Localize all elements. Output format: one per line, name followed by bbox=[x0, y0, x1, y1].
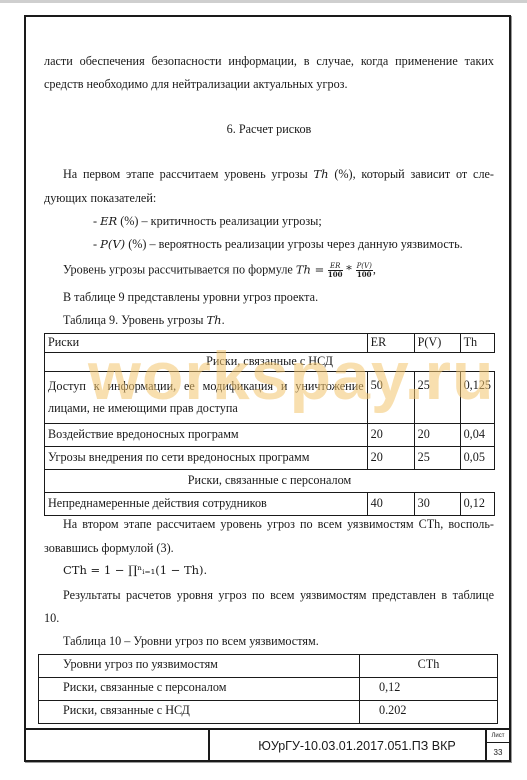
viewer-top-edge bbox=[0, 0, 527, 3]
intro-line-1: ласти обеспечения безопасности информаци… bbox=[44, 54, 494, 69]
risk-group: Риски, связанные с НСД bbox=[39, 701, 360, 724]
paragraph-3-line-2: зовавшись формулой (3). bbox=[44, 541, 174, 556]
group-row: Риски, связанные с персоналом bbox=[45, 470, 495, 493]
er-value: 40 bbox=[367, 493, 414, 516]
pv-value: 25 bbox=[414, 447, 460, 470]
table-9-threat-levels: Риски ER P(V) Th Риски, связанные с НСД … bbox=[44, 333, 495, 516]
math-th: Th bbox=[207, 313, 222, 327]
text-run: (%) – вероятность реализации угрозы чере… bbox=[125, 237, 463, 251]
table-row: Воздействие вредоносных программ 20 20 0… bbox=[45, 424, 495, 447]
formula-tail: , bbox=[373, 262, 376, 276]
sheet-cell: Лист 33 bbox=[485, 730, 509, 762]
section-title: 6. Расчет рисков bbox=[44, 122, 494, 137]
text-run: На первом этапе рассчитаем уровень угроз… bbox=[63, 167, 313, 181]
sheet-number: 33 bbox=[487, 743, 509, 762]
stamp-empty-cell bbox=[24, 730, 210, 762]
text-run: Уровень угрозы рассчитывается по формуле bbox=[63, 262, 296, 276]
header-risks: Риски bbox=[45, 334, 368, 353]
risk-name: Воздействие вредоносных программ bbox=[45, 424, 368, 447]
bullet-er: - ER (%) – критичность реализации угрозы… bbox=[93, 214, 322, 229]
header-th: Th bbox=[460, 334, 494, 353]
fraction-er: ER100 bbox=[328, 262, 343, 279]
group-title: Риски, связанные с персоналом bbox=[45, 470, 495, 493]
formula-lhs: Th = bbox=[296, 262, 328, 276]
header-levels: Уровни угроз по уязвимостям bbox=[39, 655, 360, 678]
paragraph-2: В таблице 9 представлены уровни угроз пр… bbox=[63, 290, 318, 305]
math-pv: P(V) bbox=[100, 237, 125, 251]
paragraph-4-line-1: Результаты расчетов уровня угроз по всем… bbox=[63, 588, 494, 603]
cth-value: 0,12 bbox=[360, 678, 498, 701]
formula-cth: CTh = 1 − ∏ⁿᵢ₌₁(1 − Th). bbox=[63, 563, 207, 578]
pv-value: 30 bbox=[414, 493, 460, 516]
risk-name: Угрозы внедрения по сети вредоносных про… bbox=[45, 447, 368, 470]
th-value: 0,12 bbox=[460, 493, 494, 516]
group-row: Риски, связанные с НСД bbox=[45, 353, 495, 372]
header-er: ER bbox=[367, 334, 414, 353]
text-run: (%) – критичность реализации угрозы; bbox=[117, 214, 322, 228]
pv-value: 25 bbox=[414, 372, 460, 424]
er-value: 20 bbox=[367, 424, 414, 447]
bullet-pv: - P(V) (%) – вероятность реализации угро… bbox=[93, 237, 463, 252]
fraction-pv: P(V)100 bbox=[356, 262, 373, 279]
table-row: Риски, связанные с НСД 0.202 bbox=[39, 701, 498, 724]
text-run: . bbox=[222, 313, 225, 327]
paragraph-1-line-1: На первом этапе рассчитаем уровень угроз… bbox=[63, 167, 494, 182]
er-value: 20 bbox=[367, 447, 414, 470]
table-row: Риски, связанные с персоналом 0,12 bbox=[39, 678, 498, 701]
formula-operator: * bbox=[343, 262, 356, 276]
table-row: Непреднамеренные действия сотрудников 40… bbox=[45, 493, 495, 516]
er-value: 50 bbox=[367, 372, 414, 424]
th-value: 0,05 bbox=[460, 447, 494, 470]
cth-value: 0.202 bbox=[360, 701, 498, 724]
risk-name: Доступ к информации, ее модификация и ун… bbox=[45, 372, 368, 424]
table9-caption: Таблица 9. Уровень угрозы Th. bbox=[63, 313, 225, 328]
math-er: ER bbox=[100, 214, 117, 228]
text-run: (%), который зависит от сле- bbox=[329, 167, 494, 181]
table-row: Доступ к информации, ее модификация и ун… bbox=[45, 372, 495, 424]
document-code: ЮУрГУ-10.03.01.2017.051.ПЗ ВКР bbox=[208, 730, 506, 762]
table-header-row: Уровни угроз по уязвимостям CTh bbox=[39, 655, 498, 678]
paragraph-1-line-2: дующих показателей: bbox=[44, 191, 156, 206]
pv-value: 20 bbox=[414, 424, 460, 447]
title-block-stamp: ЮУрГУ-10.03.01.2017.051.ПЗ ВКР Лист 33 bbox=[24, 728, 511, 762]
table10-caption: Таблица 10 – Уровни угроз по всем уязвим… bbox=[63, 634, 319, 649]
fraction-denominator: 100 bbox=[356, 271, 373, 279]
sheet-label: Лист bbox=[487, 730, 509, 743]
intro-line-2: средств необходимо для нейтрализации акт… bbox=[44, 77, 348, 92]
header-pv: P(V) bbox=[414, 334, 460, 353]
th-value: 0,125 bbox=[460, 372, 494, 424]
table-row: Угрозы внедрения по сети вредоносных про… bbox=[45, 447, 495, 470]
paragraph-4-line-2: 10. bbox=[44, 611, 59, 626]
paragraph-3-line-1: На втором этапе рассчитаем уровень угроз… bbox=[63, 517, 494, 532]
header-cth: CTh bbox=[360, 655, 498, 678]
fraction-denominator: 100 bbox=[328, 271, 343, 279]
group-title: Риски, связанные с НСД bbox=[45, 353, 495, 372]
risk-name: Непреднамеренные действия сотрудников bbox=[45, 493, 368, 516]
table-header-row: Риски ER P(V) Th bbox=[45, 334, 495, 353]
text-run: Таблица 9. Уровень угрозы bbox=[63, 313, 207, 327]
math-th: Th bbox=[313, 167, 328, 181]
risk-group: Риски, связанные с персоналом bbox=[39, 678, 360, 701]
th-value: 0,04 bbox=[460, 424, 494, 447]
formula-line: Уровень угрозы рассчитывается по формуле… bbox=[63, 262, 376, 279]
table-10-cumulative-threats: Уровни угроз по уязвимостям CTh Риски, с… bbox=[38, 654, 498, 724]
